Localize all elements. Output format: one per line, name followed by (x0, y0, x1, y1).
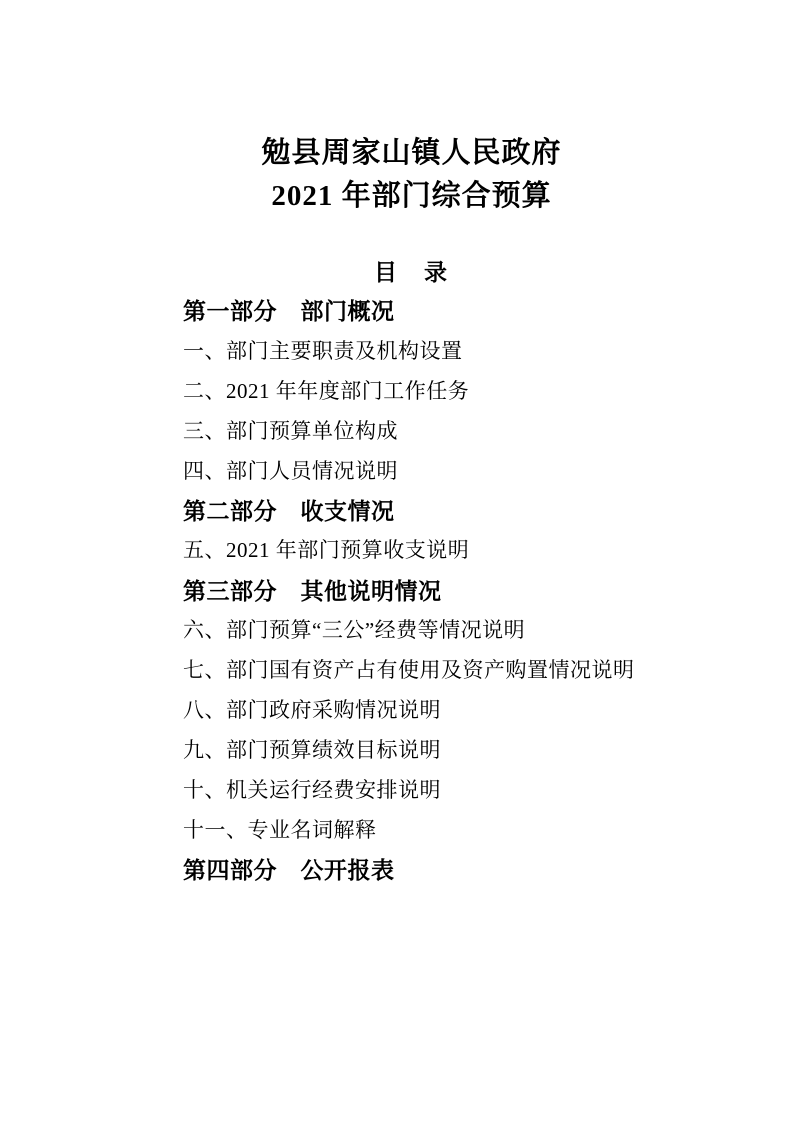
toc-item: 三、部门预算单位构成 (183, 410, 640, 450)
toc-item: 十一、专业名词解释 (183, 809, 640, 849)
toc-section-heading: 第三部分 其他说明情况 (183, 569, 640, 609)
toc-section-heading: 第一部分 部门概况 (183, 290, 640, 330)
toc-item: 七、部门国有资产占有使用及资产购置情况说明 (183, 649, 640, 689)
toc-item: 五、2021 年部门预算收支说明 (183, 529, 640, 569)
toc-section-heading: 第二部分 收支情况 (183, 489, 640, 529)
toc-item: 八、部门政府采购情况说明 (183, 689, 640, 729)
document-content: 勉县周家山镇人民政府 2021 年部门综合预算 目 录 第一部分 部门概况 一、… (0, 0, 793, 888)
toc-list: 第一部分 部门概况 一、部门主要职责及机构设置 二、2021 年年度部门工作任务… (183, 290, 640, 888)
toc-item: 二、2021 年年度部门工作任务 (183, 370, 640, 410)
toc-item: 十、机关运行经费安排说明 (183, 769, 640, 809)
document-title-line1: 勉县周家山镇人民政府 (183, 132, 640, 175)
document-page: 勉县周家山镇人民政府 2021 年部门综合预算 目 录 第一部分 部门概况 一、… (0, 0, 793, 1122)
toc-heading: 目 录 (183, 256, 640, 288)
toc-section-heading: 第四部分 公开报表 (183, 848, 640, 888)
document-title: 勉县周家山镇人民政府 2021 年部门综合预算 (183, 0, 640, 218)
toc-item: 九、部门预算绩效目标说明 (183, 729, 640, 769)
document-title-line2: 2021 年部门综合预算 (183, 175, 640, 218)
toc-item: 四、部门人员情况说明 (183, 450, 640, 490)
toc-item: 六、部门预算“三公”经费等情况说明 (183, 609, 640, 649)
toc-item: 一、部门主要职责及机构设置 (183, 330, 640, 370)
